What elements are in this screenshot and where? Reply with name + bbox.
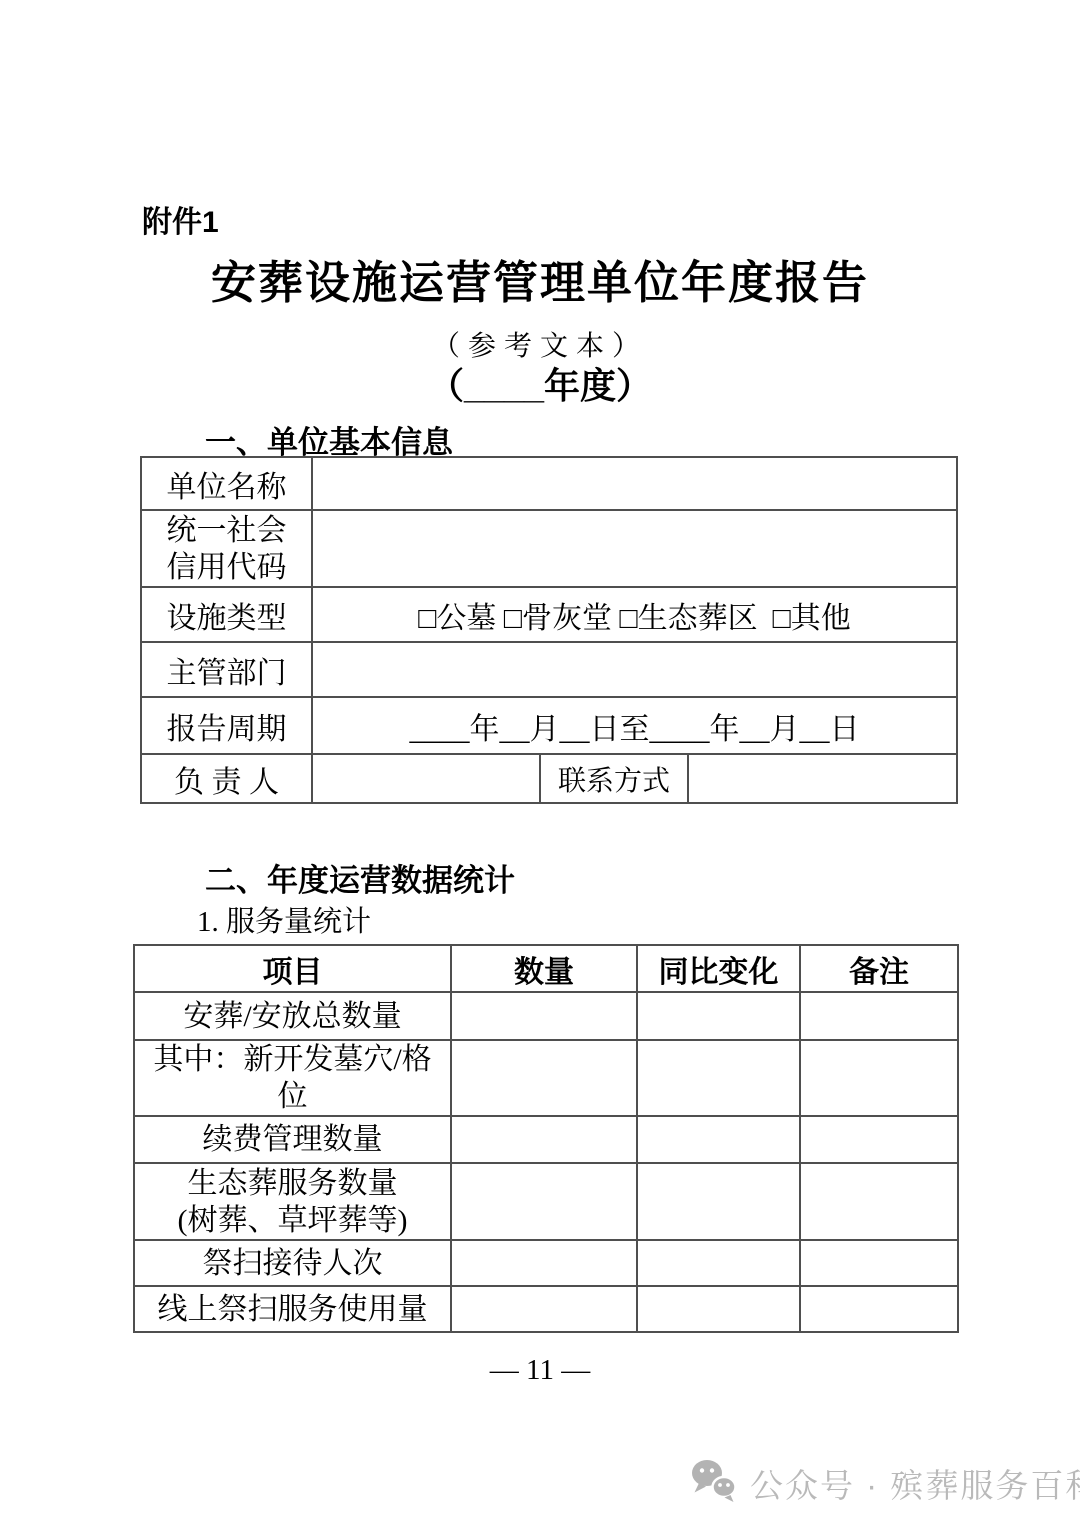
table-row: 其中：新开发墓穴/格 位 — [134, 1040, 958, 1116]
stats-cell-yoy — [637, 1286, 800, 1332]
stats-row-label-line: (树葬、草坪葬等) — [141, 1202, 444, 1239]
page-title: 安葬设施运营管理单位年度报告 — [0, 246, 1080, 311]
table-row: 线上祭扫服务使用量 — [134, 1286, 958, 1332]
stats-row-label-online-memorial: 线上祭扫服务使用量 — [134, 1286, 451, 1332]
stats-row-label-line: 生态葬服务数量 — [141, 1165, 444, 1202]
table-row: 续费管理数量 — [134, 1116, 958, 1163]
contact-method-value-cell — [688, 754, 957, 803]
stats-cell-quantity — [451, 1286, 637, 1332]
stats-header-yoy-change: 同比变化 — [637, 945, 800, 992]
table-row: 祭扫接待人次 — [134, 1240, 958, 1286]
stats-header-item: 项目 — [134, 945, 451, 992]
responsible-person-label: 负 责 人 — [141, 754, 312, 803]
stats-cell-yoy — [637, 1163, 800, 1240]
stats-cell-remarks — [800, 1116, 958, 1163]
table-row: 安葬/安放总数量 — [134, 992, 958, 1040]
table-row: 报告周期 ____年__月__日至____年__月__日 — [141, 697, 957, 754]
credit-code-label: 统一社会 信用代码 — [141, 510, 312, 587]
stats-row-label-eco-burial: 生态葬服务数量 (树葬、草坪葬等) — [134, 1163, 451, 1240]
table-row: 单位名称 — [141, 457, 957, 510]
stats-cell-yoy — [637, 1040, 800, 1116]
stats-cell-remarks — [800, 992, 958, 1040]
facility-type-options: □公墓 □骨灰堂 □生态葬区 □其他 — [312, 587, 957, 642]
stats-row-label-line: 安葬/安放总数量 — [141, 998, 444, 1035]
stats-cell-quantity — [451, 1116, 637, 1163]
unit-name-value-cell — [312, 457, 957, 510]
table-row: 设施类型 □公墓 □骨灰堂 □生态葬区 □其他 — [141, 587, 957, 642]
stats-header-quantity: 数量 — [451, 945, 637, 992]
stats-header-row: 项目 数量 同比变化 备注 — [134, 945, 958, 992]
stats-cell-quantity — [451, 1163, 637, 1240]
table-row: 负 责 人 联系方式 — [141, 754, 957, 803]
document-page: 附件1 安葬设施运营管理单位年度报告 （参考文本） （____年度） 一、单位基… — [0, 0, 1080, 1527]
stats-row-label-new-plots: 其中：新开发墓穴/格 位 — [134, 1040, 451, 1116]
stats-cell-remarks — [800, 1286, 958, 1332]
report-period-label: 报告周期 — [141, 697, 312, 754]
service-stats-table: 项目 数量 同比变化 备注 安葬/安放总数量 其中：新开发墓穴/格 位 续费管理… — [133, 944, 959, 1333]
stats-cell-remarks — [800, 1040, 958, 1116]
credit-code-label-line1: 统一社会 — [148, 512, 305, 549]
section-heading-annual-stats: 二、年度运营数据统计 — [205, 855, 515, 900]
supervising-dept-label: 主管部门 — [141, 642, 312, 697]
stats-cell-quantity — [451, 1040, 637, 1116]
page-number: — 11 — — [0, 1354, 1080, 1387]
facility-type-label: 设施类型 — [141, 587, 312, 642]
report-period-blanks: ____年__月__日至____年__月__日 — [312, 697, 957, 754]
wechat-watermark: 公众号 · 殡葬服务百科 — [690, 1458, 1080, 1509]
stats-row-label-line: 位 — [141, 1078, 444, 1115]
year-blank-line: （____年度） — [0, 358, 1080, 409]
watermark-text: 公众号 · 殡葬服务百科 — [750, 1460, 1080, 1507]
stats-cell-yoy — [637, 1240, 800, 1286]
stats-row-label-line: 祭扫接待人次 — [141, 1245, 444, 1282]
credit-code-value-cell — [312, 510, 957, 587]
stats-cell-yoy — [637, 992, 800, 1040]
stats-row-label-line: 线上祭扫服务使用量 — [141, 1291, 444, 1328]
unit-name-label: 单位名称 — [141, 457, 312, 510]
attachment-label: 附件1 — [142, 197, 219, 241]
stats-row-label-line: 续费管理数量 — [141, 1121, 444, 1158]
stats-row-label-renewals: 续费管理数量 — [134, 1116, 451, 1163]
stats-cell-yoy — [637, 1116, 800, 1163]
stats-header-remarks: 备注 — [800, 945, 958, 992]
stats-row-label-line: 其中：新开发墓穴/格 — [141, 1041, 444, 1078]
wechat-icon — [690, 1458, 740, 1509]
stats-cell-remarks — [800, 1240, 958, 1286]
basic-info-table: 单位名称 统一社会 信用代码 设施类型 □公墓 □骨灰堂 □生态葬区 □其他 主… — [140, 456, 958, 804]
supervising-dept-value-cell — [312, 642, 957, 697]
stats-cell-quantity — [451, 992, 637, 1040]
responsible-person-value-cell — [312, 754, 540, 803]
stats-cell-quantity — [451, 1240, 637, 1286]
stats-cell-remarks — [800, 1163, 958, 1240]
stats-row-label-total-burials: 安葬/安放总数量 — [134, 992, 451, 1040]
table-row: 主管部门 — [141, 642, 957, 697]
table-row: 统一社会 信用代码 — [141, 510, 957, 587]
contact-method-label: 联系方式 — [540, 754, 688, 803]
table-row: 生态葬服务数量 (树葬、草坪葬等) — [134, 1163, 958, 1240]
credit-code-label-line2: 信用代码 — [148, 549, 305, 586]
stats-row-label-visitors: 祭扫接待人次 — [134, 1240, 451, 1286]
subsection-heading-service-volume: 1. 服务量统计 — [197, 899, 371, 940]
